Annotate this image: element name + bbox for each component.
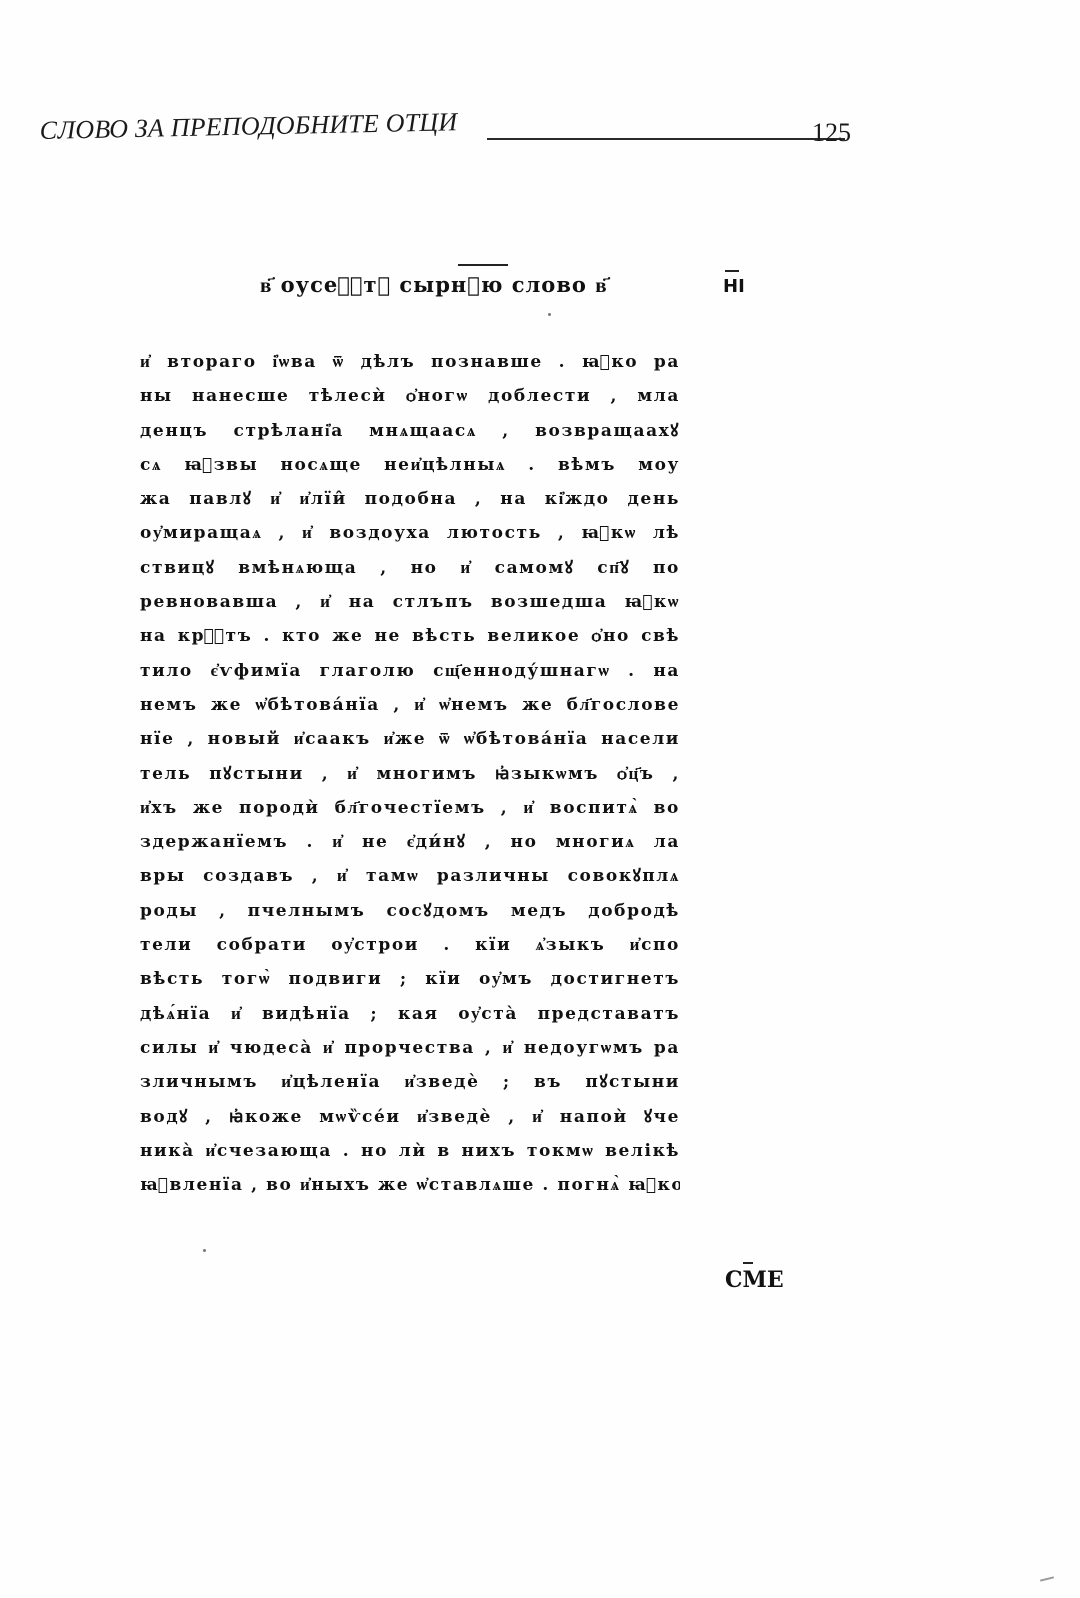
text-line: вѣсть тогѡ̀ подвиги ; кїи оу҆мъ достигне… xyxy=(140,962,680,996)
text-line: роды , пчелнымъ сосꙋдомъ медъ добродѣ xyxy=(140,894,680,928)
facsimile-heading: в҃ оусеⷭ҇тꙋ сырнꙋю слово в҃ xyxy=(260,272,608,298)
header-rule-divider xyxy=(487,138,845,140)
text-line: немъ же ѡ҆бѣтова́нїа , и҆ ѡ҆немъ же бл҃г… xyxy=(140,688,680,722)
text-line: на крⷭ҇тъ . кто же не вѣсть великое ѻ҆но… xyxy=(140,619,680,653)
text-line: тило є҆ѵфимїа глаголю сщ҃енноду́шнагѡ . … xyxy=(140,654,680,688)
text-line: и҆ втораго і҆ѡва ѿ дѣлъ познавше . ꙗ҆ко … xyxy=(140,345,680,379)
facsimile-text-block: и҆ втораго і҆ѡва ѿ дѣлъ познавше . ꙗ҆ко … xyxy=(140,345,680,1202)
running-header: СЛОВО ЗА ПРЕПОДОБНИТЕ ОТЦИ 125 xyxy=(40,112,852,156)
slavonic-facsimile: в҃ оусеⷭ҇тꙋ сырнꙋю слово в҃ НІ и҆ втораг… xyxy=(140,250,840,1350)
titlo-mark xyxy=(458,264,508,266)
text-line: тель пꙋстыни , и҆ многимъ ꙗ҆зыкѡмъ ѻ҆ц҃ъ… xyxy=(140,757,680,791)
running-header-title: СЛОВО ЗА ПРЕПОДОБНИТЕ ОТЦИ xyxy=(39,107,457,146)
page-number: 125 xyxy=(812,118,851,148)
book-page: СЛОВО ЗА ПРЕПОДОБНИТЕ ОТЦИ 125 в҃ оусеⷭ҇… xyxy=(0,0,1080,1598)
text-line: здержанїемъ . и҆ не є҆ди́нꙋ , но многиѧ … xyxy=(140,825,680,859)
text-line: ꙗ҆вленїа , во и҆ныхъ же ѡ҆ставлѧше . пог… xyxy=(140,1168,680,1202)
text-line: ника̀ и҆счезающа . но лѝ в нихъ токмѡ ве… xyxy=(140,1134,680,1168)
text-line: силы и҆ чюдеса̀ и҆ прорчества , и҆ недоу… xyxy=(140,1031,680,1065)
text-line: и҆хъ же породѝ бл҃гочестїемъ , и҆ воспит… xyxy=(140,791,680,825)
text-line: зличнымъ и҆цѣленїа и҆зведѐ ; въ пꙋстыни xyxy=(140,1065,680,1099)
text-line: сѧ ꙗ҆звы носѧще неи҆цѣлныѧ . вѣмъ моу xyxy=(140,448,680,482)
folio-marker: НІ xyxy=(723,276,745,297)
text-line: ревновавша , и҆ на стлъпъ возшедша ꙗ҆кѡ xyxy=(140,585,680,619)
scan-speck xyxy=(203,1249,206,1252)
catchword-titlo-mark xyxy=(743,1262,753,1264)
scan-speck xyxy=(548,313,551,316)
text-line: нїе , новый и҆саакъ и҆же ѿ ѡ҆бѣтова́нїа … xyxy=(140,722,680,756)
text-line: ствицꙋ вмѣнѧюща , но и҆ самомꙋ сп҃ꙋ по xyxy=(140,551,680,585)
text-line: тели собрати оу҆строи . кїи ѧ҆зыкъ и҆спо xyxy=(140,928,680,962)
text-line: денцъ стрѣлані҆а мнѧщаасѧ , возвращаахꙋ xyxy=(140,414,680,448)
catchword: СМЕ xyxy=(725,1267,784,1293)
text-line: оу҆миращаѧ , и҆ воздоуха лютость , ꙗ҆кѡ … xyxy=(140,516,680,550)
scan-edge-mark xyxy=(1040,1576,1054,1581)
text-line: жа павлꙋ и҆ и҆лїи̂ подобна , на кі҆ждо д… xyxy=(140,482,680,516)
text-line: водꙋ , ꙗ҆коже мѡѷсе́и и҆зведѐ , и҆ напоѝ… xyxy=(140,1100,680,1134)
text-line: вры создавъ , и҆ тамѡ различны совокꙋплѧ xyxy=(140,859,680,893)
text-line: дѣѧ́нїа и҆ видѣнїа ; кая оу҆ста̀ предста… xyxy=(140,997,680,1031)
text-line: ны нанесше тѣлесѝ ѻ҆ногѡ доблести , мла xyxy=(140,379,680,413)
